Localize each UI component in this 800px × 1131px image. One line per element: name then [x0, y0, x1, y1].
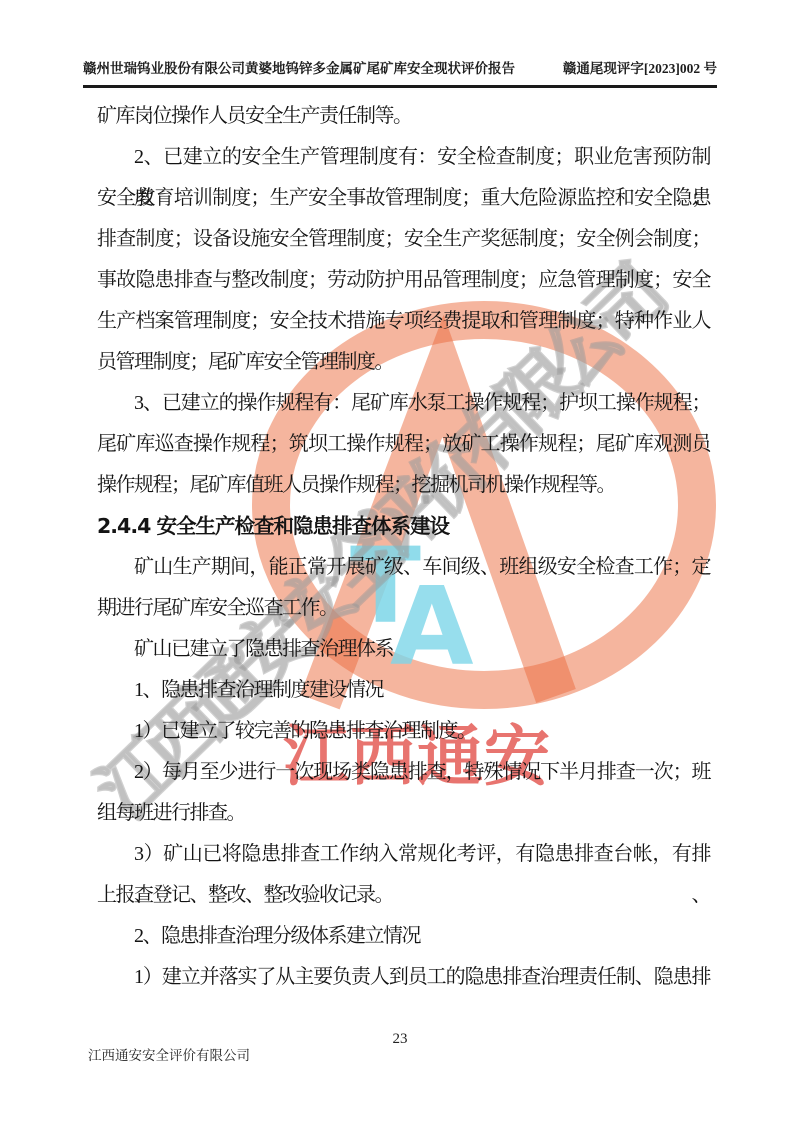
- text-line: 1）已建立了较完善的隐患排查治理制度。: [97, 711, 710, 752]
- document-body: 矿库岗位操作人员安全生产责任制等。2、已建立的安全生产管理制度有：安全检查制度；…: [97, 96, 710, 998]
- text-line: 矿山已建立了隐患排查治理体系: [97, 629, 710, 670]
- header-doc-number: 赣通尾现评字[2023]002 号: [563, 57, 717, 77]
- text-line: 生产档案管理制度；安全技术措施专项经费提取和管理制度；特种作业人: [97, 301, 710, 342]
- text-line: 安全教育培训制度；生产安全事故管理制度；重大危险源监控和安全隐患: [97, 178, 710, 219]
- footer-company-name: 江西通安安全评价有限公司: [88, 1044, 250, 1064]
- text-line: 1）建立并落实了从主要负责人到员工的隐患排查治理责任制、隐患排: [97, 957, 710, 998]
- document-page: T A 江西通安安全评价有限公司 江西通安 赣州世瑞钨业股份有限公司黄婆地钨锌多…: [0, 0, 800, 1131]
- text-line: 2、已建立的安全生产管理制度有：安全检查制度；职业危害预防制度；: [97, 137, 710, 178]
- page-header: 赣州世瑞钨业股份有限公司黄婆地钨锌多金属矿尾矿库安全现状评价报告 赣通尾现评字[…: [83, 57, 717, 77]
- text-line: 2）每月至少进行一次现场类隐患排查，特殊情况下半月排查一次；班: [97, 752, 710, 793]
- text-line: 事故隐患排查与整改制度；劳动防护用品管理制度；应急管理制度；安全: [97, 260, 710, 301]
- header-rule: [83, 85, 717, 88]
- text-line: 矿库岗位操作人员安全生产责任制等。: [97, 96, 710, 137]
- text-line: 矿山生产期间，能正常开展矿级、车间级、班组级安全检查工作；定: [97, 547, 710, 588]
- text-line: 3、已建立的操作规程有：尾矿库水泵工操作规程；护坝工操作规程；: [97, 383, 710, 424]
- text-line: 组每班进行排查。: [97, 793, 710, 834]
- text-line: 操作规程；尾矿库值班人员操作规程；挖掘机司机操作规程等。: [97, 465, 710, 506]
- text-line: 员管理制度；尾矿库安全管理制度。: [97, 342, 710, 383]
- text-line: 3）矿山已将隐患排查工作纳入常规化考评，有隐患排查台帐，有排查、: [97, 834, 710, 875]
- text-line: 尾矿库巡查操作规程；筑坝工操作规程；放矿工操作规程；尾矿库观测员: [97, 424, 710, 465]
- header-report-title: 赣州世瑞钨业股份有限公司黄婆地钨锌多金属矿尾矿库安全现状评价报告: [83, 57, 515, 77]
- text-line: 排查制度；设备设施安全管理制度；安全生产奖惩制度；安全例会制度；: [97, 219, 710, 260]
- text-line: 1、隐患排查治理制度建设情况: [97, 670, 710, 711]
- text-line: 2、隐患排查治理分级体系建立情况: [97, 916, 710, 957]
- text-line: 期进行尾矿库安全巡查工作。: [97, 588, 710, 629]
- section-heading: 2.4.4 安全生产检查和隐患排查体系建设: [97, 506, 710, 547]
